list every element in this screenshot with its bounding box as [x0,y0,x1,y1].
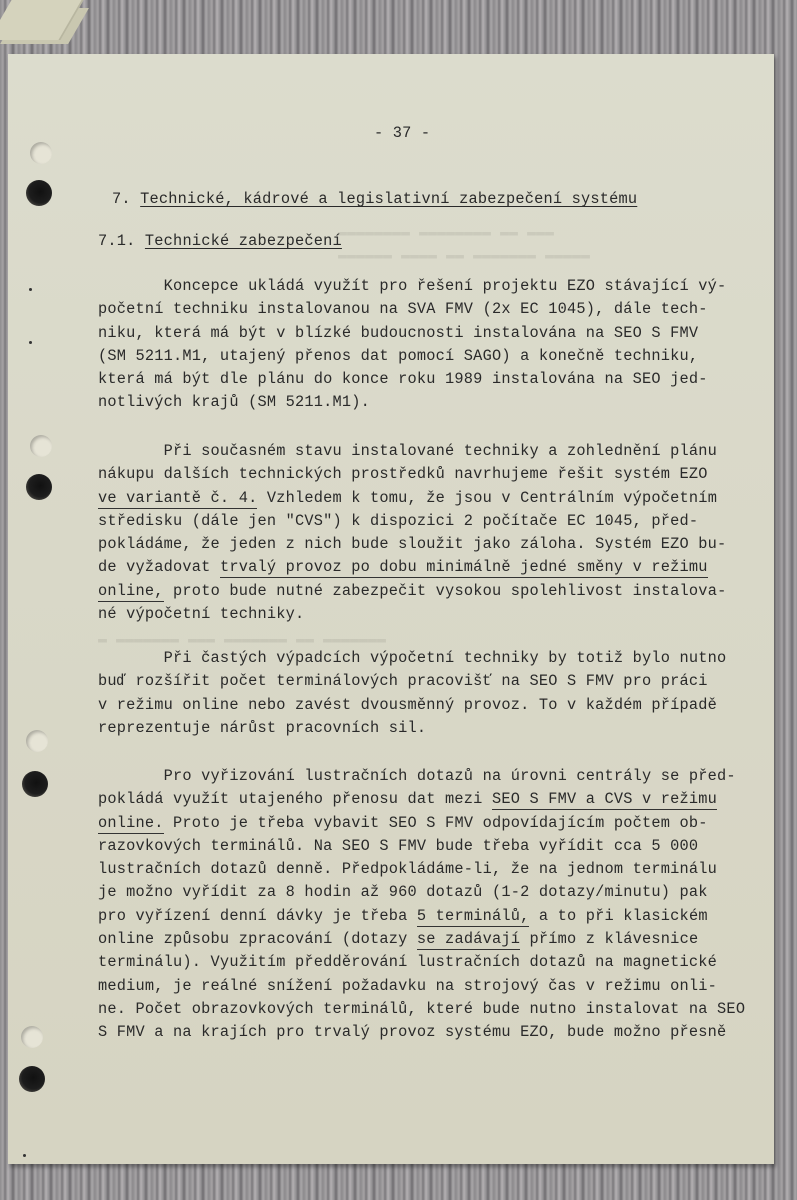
text-line: razovkových terminálů. Na SEO S FMV bude… [98,835,758,858]
section-number: 7. [112,190,131,208]
text-line: de vyžadovat trvalý provoz po dobu minim… [98,556,758,579]
page-number: - 37 - [374,124,430,142]
underlined-phrase: online. [98,814,164,834]
text-line: která má být dle plánu do konce roku 198… [98,368,758,391]
section-heading: 7. Technické, kádrové a legislativní zab… [112,190,637,208]
text-line: ne. Počet obrazovkových terminálů, které… [98,998,758,1021]
section-title: Technické, kádrové a legislativní zabezp… [140,190,637,208]
text-line: (SM 5211.M1, utajený přenos dat pomocí S… [98,345,758,368]
subsection-title: Technické zabezpečení [145,232,342,250]
text-line: nákupu dalších technických prostředků na… [98,463,758,486]
text-line: reprezentuje nárůst pracovních sil. [98,717,758,740]
text-line: v režimu online nebo zavést dvousměnný p… [98,694,758,717]
subsection-heading: 7.1. Technické zabezpečení [98,232,342,250]
underlined-phrase: SEO S FMV a CVS v režimu [492,790,717,810]
text-line: Pro vyřizování lustračních dotazů na úro… [98,765,758,788]
paragraph-2: Při současném stavu instalované techniky… [98,440,758,626]
text-line: pro vyřízení denní dávky je třeba 5 term… [98,905,758,928]
binder-clip [0,0,84,40]
text-line: online způsobu zpracování (dotazy se zad… [98,928,758,951]
text-line: ve variantě č. 4. Vzhledem k tomu, že js… [98,487,758,510]
text-line: Při častých výpadcích výpočetní techniky… [98,647,758,670]
text-line: medium, je reálné snížení požadavku na s… [98,975,758,998]
text-line: pokládáme, že jeden z nich bude sloužit … [98,533,758,556]
text-line: středisku (dále jen "CVS") k dispozici 2… [98,510,758,533]
underlined-phrase: trvalý provoz po dobu minimálně jedné sm… [220,558,708,578]
text-line: online, proto bude nutné zabezpečit vyso… [98,580,758,603]
underlined-phrase: online, [98,582,164,602]
underlined-phrase: se zadávají [417,930,520,950]
text-line: né výpočetní techniky. [98,603,758,626]
text-line: online. Proto je třeba vybavit SEO S FMV… [98,812,758,835]
text-line: Při současném stavu instalované techniky… [98,440,758,463]
text-line: je možno vyřídit za 8 hodin až 960 dotaz… [98,881,758,904]
paragraph-3: Při častých výpadcích výpočetní techniky… [98,647,758,740]
text-line: početní techniku instalovanou na SVA FMV… [98,298,758,321]
text-line: notlivých krajů (SM 5211.M1). [98,391,758,414]
text-line: niku, která má být v blízké budoucnosti … [98,322,758,345]
text-line: terminálu). Využitím předděrování lustra… [98,951,758,974]
text-line: Koncepce ukládá využít pro řešení projek… [98,275,758,298]
paragraph-1: Koncepce ukládá využít pro řešení projek… [98,275,758,415]
subsection-number-text: 7.1. [98,232,136,250]
underlined-phrase: ve variantě č. 4. [98,489,257,509]
paragraph-4: Pro vyřizování lustračních dotazů na úro… [98,765,758,1045]
text-line: pokládá využít utajeného přenosu dat mez… [98,788,758,811]
text-line: lustračních dotazů denně. Předpokládáme-… [98,858,758,881]
text-line: buď rozšířit počet terminálových pracovi… [98,670,758,693]
document-page: - 37 - 7. Technické, kádrové a legislati… [8,54,774,1164]
paper-sheet: ▬▬▬ ▬▬ ▬▬▬▬▬▬▬▬ ▬▬▬▬▬▬▬▬ ▬▬▬▬▬ ▬▬▬▬▬▬▬ ▬… [8,54,774,1164]
underlined-phrase: 5 terminálů, [417,907,530,927]
text-line: S FMV a na krajích pro trvalý provoz sys… [98,1021,758,1044]
